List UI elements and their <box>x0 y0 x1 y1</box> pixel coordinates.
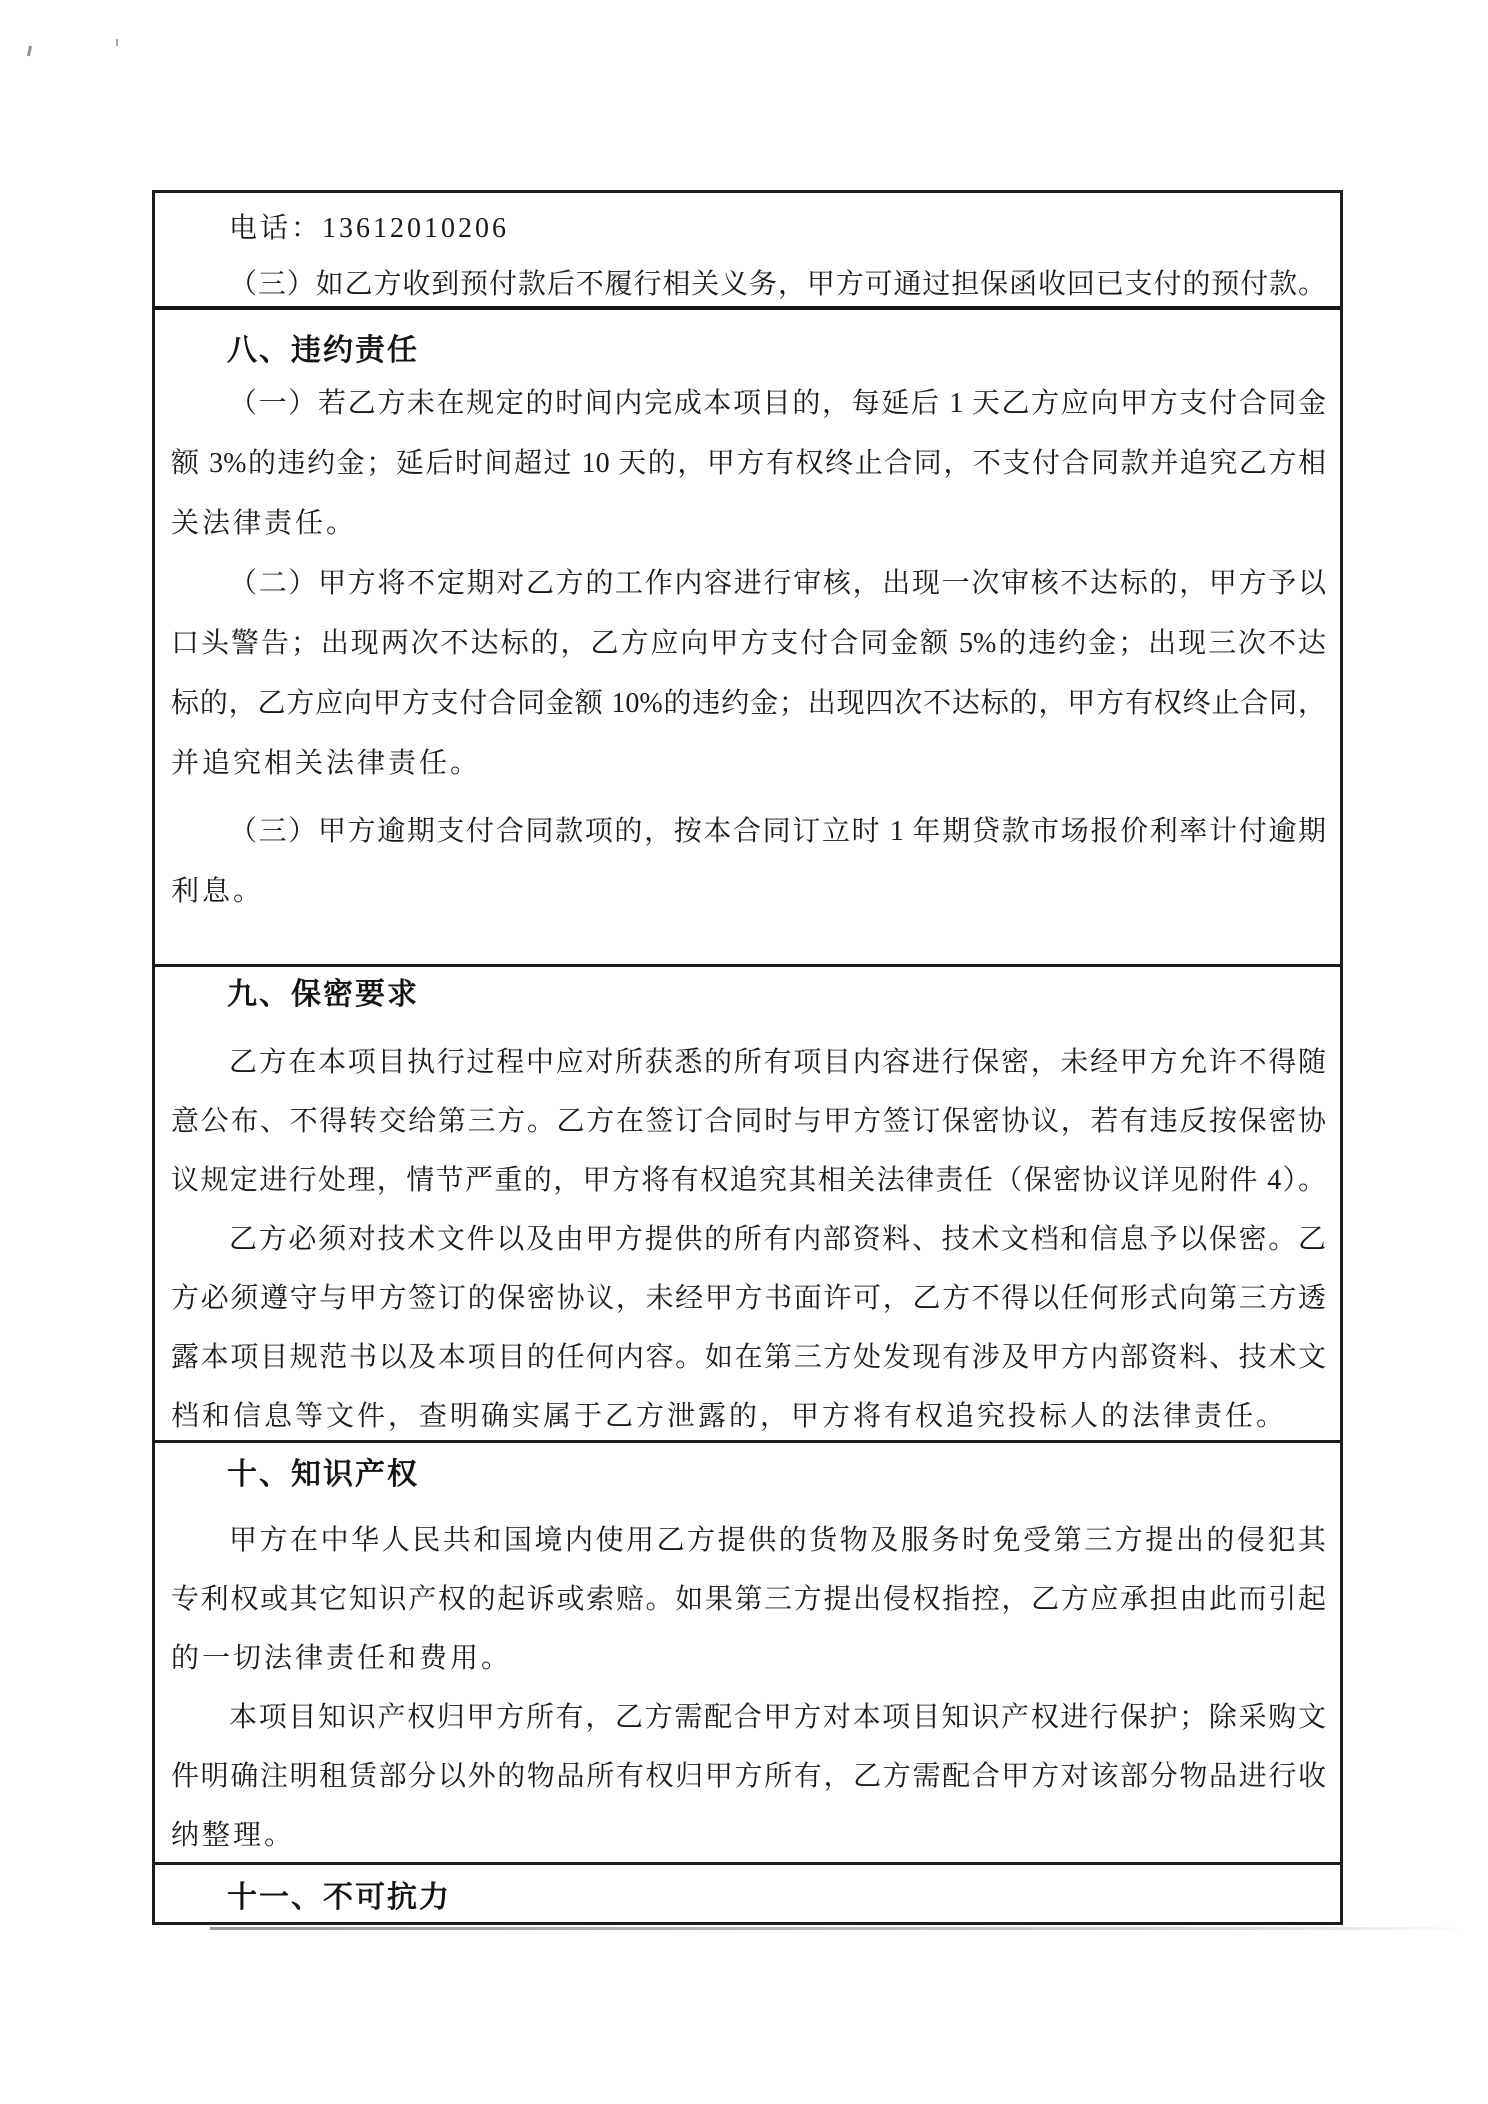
text-line: 利息。 <box>171 862 1326 922</box>
text-line: （三）如乙方收到预付款后不履行相关义务，甲方可通过担保函收回已支付的预付款。 <box>171 257 1326 310</box>
scan-speck <box>27 46 32 56</box>
text-line: 方必须遵守与甲方签订的保密协议，未经甲方书面许可，乙方不得以任何形式向第三方透 <box>171 1269 1326 1328</box>
text-line: 甲方在中华人民共和国境内使用乙方提供的货物及服务时免受第三方提出的侵犯其 <box>171 1511 1326 1570</box>
row-confidentiality: 九、保密要求 乙方在本项目执行过程中应对所获悉的所有项目内容进行保密，未经甲方允… <box>155 967 1340 1443</box>
paragraph-lines: 电话：13612010206（三）如乙方收到预付款后不履行相关义务，甲方可通过担… <box>171 193 1326 310</box>
text-line: 关法律责任。 <box>171 494 1326 554</box>
paragraph-lines: 乙方在本项目执行过程中应对所获悉的所有项目内容进行保密，未经甲方允许不得随意公布… <box>171 1017 1326 1443</box>
text-line: 电话：13612010206 <box>171 201 1326 257</box>
text-line: （三）甲方逾期支付合同款项的，按本合同订立时 1 年期贷款市场报价利率计付逾期 <box>171 802 1326 862</box>
scan-speck <box>116 39 118 46</box>
text-line: 本项目知识产权归甲方所有，乙方需配合甲方对本项目知识产权进行保护；除采购文 <box>171 1688 1326 1747</box>
text-line: 纳整理。 <box>171 1806 1326 1865</box>
text-line: 专利权或其它知识产权的起诉或索赔。如果第三方提出侵权指控，乙方应承担由此而引起 <box>171 1570 1326 1629</box>
text-line: （二）甲方将不定期对乙方的工作内容进行审核，出现一次审核不达标的，甲方予以 <box>171 554 1326 614</box>
text-line: 并追究相关法律责任。 <box>171 734 1326 794</box>
text-line: 标的，乙方应向甲方支付合同金额 10%的违约金；出现四次不达标的，甲方有权终止合… <box>171 674 1326 734</box>
text-line: （一）若乙方未在规定的时间内完成本项目的，每延后 1 天乙方应向甲方支付合同金 <box>171 374 1326 434</box>
row-intellectual-property: 十、知识产权 甲方在中华人民共和国境内使用乙方提供的货物及服务时免受第三方提出的… <box>155 1443 1340 1865</box>
text-line: 议规定进行处理，情节严重的，甲方将有权追究其相关法律责任（保密协议详见附件 4）… <box>171 1151 1326 1210</box>
text-line: 乙方在本项目执行过程中应对所获悉的所有项目内容进行保密，未经甲方允许不得随 <box>171 1033 1326 1092</box>
section-heading-breach-liability: 八、违约责任 <box>171 328 1326 374</box>
text-line: 的一切法律责任和费用。 <box>171 1629 1326 1688</box>
text-line: 露本项目规范书以及本项目的任何内容。如在第三方处发现有涉及甲方内部资料、技术文 <box>171 1328 1326 1387</box>
paragraph-lines: （一）若乙方未在规定的时间内完成本项目的，每延后 1 天乙方应向甲方支付合同金额… <box>171 374 1326 922</box>
row-breach-liability: 八、违约责任 （一）若乙方未在规定的时间内完成本项目的，每延后 1 天乙方应向甲… <box>155 310 1340 967</box>
text-line: 件明确注明租赁部分以外的物品所有权归甲方所有，乙方需配合甲方对该部分物品进行收 <box>171 1747 1326 1806</box>
text-line: 乙方必须对技术文件以及由甲方提供的所有内部资料、技术文档和信息予以保密。乙 <box>171 1210 1326 1269</box>
paragraph-lines: 甲方在中华人民共和国境内使用乙方提供的货物及服务时免受第三方提出的侵犯其专利权或… <box>171 1497 1326 1865</box>
text-line: 额 3%的违约金；延后时间超过 10 天的，甲方有权终止合同，不支付合同款并追究… <box>171 434 1326 494</box>
section-heading-intellectual-property: 十、知识产权 <box>171 1453 1326 1497</box>
section-heading-confidentiality: 九、保密要求 <box>171 973 1326 1017</box>
text-line: 档和信息等文件，查明确实属于乙方泄露的，甲方将有权追究投标人的法律责任。 <box>171 1387 1326 1443</box>
contract-table: 电话：13612010206（三）如乙方收到预付款后不履行相关义务，甲方可通过担… <box>152 190 1343 1925</box>
section-heading-force-majeure: 十一、不可抗力 <box>171 1877 1326 1919</box>
text-line: 口头警告；出现两次不达标的，乙方应向甲方支付合同金额 5%的违约金；出现三次不达 <box>171 614 1326 674</box>
row-prepayment-clause: 电话：13612010206（三）如乙方收到预付款后不履行相关义务，甲方可通过担… <box>155 193 1340 310</box>
text-line: 意公布、不得转交给第三方。乙方在签订合同时与甲方签订保密协议，若有违反按保密协 <box>171 1092 1326 1151</box>
row-force-majeure: 十一、不可抗力 <box>155 1865 1340 1922</box>
scan-smear <box>210 1927 1470 1930</box>
